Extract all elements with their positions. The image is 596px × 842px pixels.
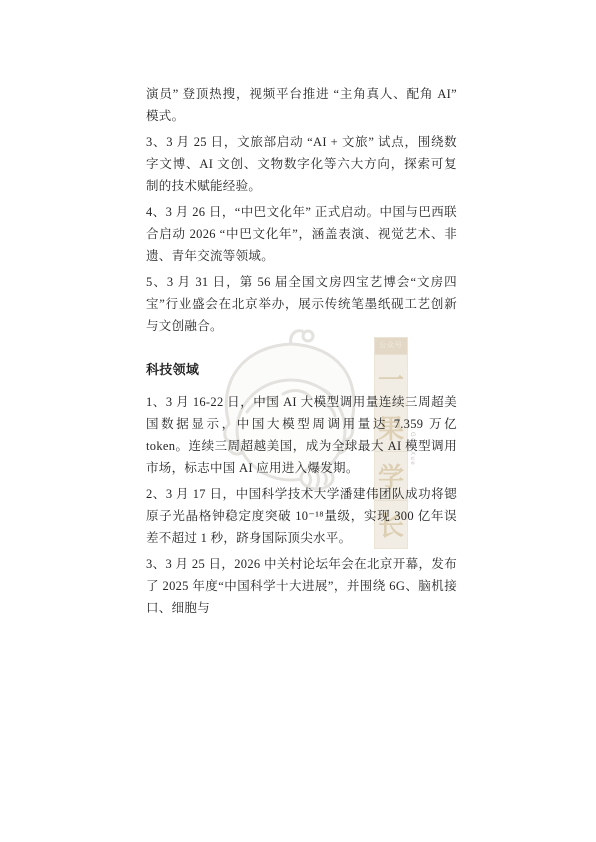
paragraph-tech-item-1: 1、3 月 16-22 日，中国 AI 大模型调用量连续三周超美国数据显示，中国… <box>146 391 457 479</box>
paragraph-culture-item-5: 5、3 月 31 日，第 56 届全国文房四宝艺博会“文房四宝”行业盛会在北京举… <box>146 271 457 337</box>
paragraph-culture-continuation: 演员” 登顶热搜，视频平台推进 “主角真人、配角 AI” 模式。 <box>146 83 457 127</box>
paragraph-tech-item-3: 3、3 月 25 日，2026 中关村论坛年会在北京开幕，发布了 2025 年度… <box>146 553 457 619</box>
paragraph-tech-item-2: 2、3 月 17 日，中国科学技术大学潘建伟团队成功将锶原子光晶格钟稳定度突破 … <box>146 483 457 549</box>
document-page: 公众号 一 果 学 长 Guo Xue 演员” 登顶热搜，视频平台推进 “主角真… <box>0 0 596 842</box>
document-text-column: 演员” 登顶热搜，视频平台推进 “主角真人、配角 AI” 模式。 3、3 月 2… <box>146 83 457 623</box>
section-heading-tech: 科技领域 <box>146 359 457 381</box>
paragraph-culture-item-3: 3、3 月 25 日，文旅部启动 “AI + 文旅” 试点，围绕数字文博、AI … <box>146 131 457 197</box>
paragraph-culture-item-4: 4、3 月 26 日，“中巴文化年” 正式启动。中国与巴西联合启动 2026 “… <box>146 201 457 267</box>
